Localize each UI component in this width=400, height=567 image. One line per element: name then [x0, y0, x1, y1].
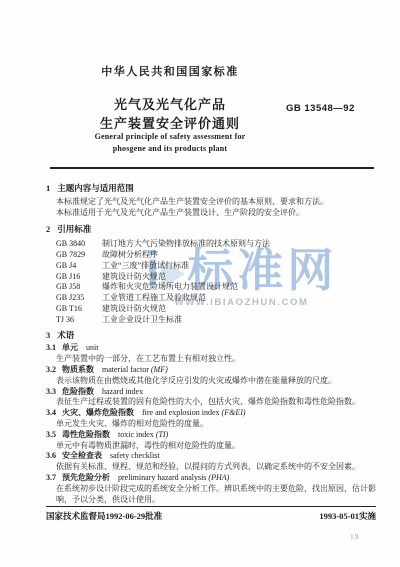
term-heading: 3.6安全检查表safety checklist	[46, 451, 376, 462]
term-definition: 依据有关标准、规程、规范和经验，以提问的方式列表，以确定系统中的不安全因素。	[46, 462, 376, 473]
section1-paragraph: 本标准规定了光气及光气化产品生产装置安全评价的基本原则、要求和方法。	[46, 197, 376, 208]
reference-code: GB T16	[56, 304, 102, 315]
term-zh: 危险指数	[62, 387, 94, 396]
term-en: fire and explosion index	[142, 408, 220, 417]
term-definition: 单元中有毒物质泄漏时，毒性的相对危险性的度量。	[46, 441, 376, 452]
term-number: 3.4	[46, 408, 56, 417]
reference-item: GB 7829故障树分析程序	[46, 250, 376, 261]
term-heading: 3.7预先危险分析preliminary hazard analysis(PHA…	[46, 473, 376, 484]
term-en: toxic index	[118, 430, 154, 439]
term-number: 3.6	[46, 451, 56, 460]
document-page: i 标准网 WWW.IBIAOZHUN.COM 中华人民共和国国家标准 光气及光…	[0, 0, 400, 567]
term-en: unit	[86, 343, 98, 352]
section2-number: 2	[46, 224, 50, 234]
term-zh: 火灾、爆炸危险指数	[62, 408, 134, 417]
term-heading: 3.3危险指数hazard index	[46, 387, 376, 398]
header-rule	[50, 167, 374, 169]
reference-item: GB J58爆炸和火灾危险场所电力装置设计规范	[46, 282, 376, 293]
term-definition: 表示该物质在由燃烧或其他化学反应引发的火灾或爆炸中潜在能量释放的尺度。	[46, 376, 376, 387]
section2-title: 引用标准	[57, 224, 91, 234]
reference-code: TJ 36	[56, 315, 102, 326]
section1-number: 1	[46, 183, 50, 193]
reference-item: TJ 36工业企业设计卫生标准	[46, 315, 376, 326]
reference-item: GB J4工业“三废”排放试行标准	[46, 261, 376, 272]
term-definition: 在系统初步设计阶段完成的系统安全分析工作。辨识系统中的主要危险，找出原因，估计影…	[46, 484, 376, 506]
term-abbr: (F&EI)	[222, 408, 246, 417]
footer: 国家技术监督局1992-06-29批准 1993-05-01实施	[46, 510, 376, 522]
implementation-note: 1993-05-01实施	[319, 510, 376, 522]
term-number: 3.1	[46, 343, 56, 352]
reference-code: GB J235	[56, 293, 102, 304]
term-definition: 生产装置中的一部分，在工艺布置上有相对独立性。	[46, 354, 376, 365]
term-heading: 3.4火灾、爆炸危险指数fire and explosion index(F&E…	[46, 408, 376, 419]
term-abbr: (TI)	[156, 430, 168, 439]
reference-title: 建筑设计防火规范	[102, 272, 166, 281]
term-en: preliminary hazard analysis	[118, 473, 206, 482]
term-abbr: (MF)	[151, 365, 168, 374]
reference-title: 建筑设计防火规范	[102, 304, 166, 313]
term-en: material factor	[102, 365, 149, 374]
reference-item: GB J235工业管道工程施工及验收规范	[46, 293, 376, 304]
standard-label: 中华人民共和国国家标准	[40, 63, 300, 79]
section3-number: 3	[46, 330, 50, 340]
term-zh: 预先危险分析	[62, 473, 110, 482]
term-zh: 单元	[62, 343, 78, 352]
approval-note: 国家技术监督局1992-06-29批准	[46, 510, 162, 522]
reference-title: 工业企业设计卫生标准	[102, 315, 182, 324]
footer-rule	[46, 506, 376, 507]
term-abbr: (PHA)	[208, 473, 229, 482]
reference-code: GB 7829	[56, 250, 102, 261]
term-heading: 3.5毒性危险指数toxic index(TI)	[46, 430, 376, 441]
term-zh: 安全检查表	[62, 451, 102, 460]
reference-title: 工业管道工程施工及验收规范	[102, 293, 206, 302]
term-en: hazard index	[102, 387, 143, 396]
reference-title: 工业“三废”排放试行标准	[102, 261, 189, 270]
term-zh: 毒性危险指数	[62, 430, 110, 439]
term-number: 3.2	[46, 365, 56, 374]
term-definition: 单元发生火灾、爆炸的相对危险性的度量。	[46, 419, 376, 430]
term-heading: 3.1单元unit	[46, 343, 376, 354]
title-line1: 光气及光气化产品	[40, 94, 300, 113]
reference-title: 故障树分析程序	[102, 250, 158, 259]
standard-number: GB 13548—92	[286, 103, 355, 114]
term-zh: 物质系数	[62, 365, 94, 374]
title-english-line2: phosgene and its products plant	[40, 144, 300, 153]
reference-title: 爆炸和火灾危险场所电力装置设计规范	[102, 282, 238, 291]
reference-title: 制订地方大气污染物排放标准的技术原则与方法	[102, 239, 270, 248]
section1-paragraph: 本标准适用于光气及光气化产品生产装置设计、生产阶段的安全评价。	[46, 208, 376, 219]
section1-title: 主题内容与适用范围	[57, 183, 134, 193]
reference-item: GB 3840制订地方大气污染物排放标准的技术原则与方法	[46, 239, 376, 250]
section3-title: 术语	[57, 330, 74, 340]
term-en: safety checklist	[110, 451, 160, 460]
term-number: 3.5	[46, 430, 56, 439]
section2-heading: 2引用标准	[46, 224, 376, 235]
reference-code: GB J4	[56, 261, 102, 272]
reference-item: GB J16建筑设计防火规范	[46, 272, 376, 283]
section3-heading: 3术语	[46, 330, 376, 341]
reference-code: GB 3840	[56, 239, 102, 250]
term-number: 3.3	[46, 387, 56, 396]
term-heading: 3.2物质系数material factor(MF)	[46, 365, 376, 376]
reference-item: GB T16建筑设计防火规范	[46, 304, 376, 315]
document-body: 1主题内容与适用范围 本标准规定了光气及光气化产品生产装置安全评价的基本原则、要…	[46, 183, 376, 505]
term-number: 3.7	[46, 473, 56, 482]
section1-heading: 1主题内容与适用范围	[46, 183, 376, 194]
page-number: 19	[350, 532, 360, 541]
title-line2: 生产装置安全评价通则	[40, 113, 300, 132]
reference-code: GB J16	[56, 272, 102, 283]
term-definition: 表征生产过程或装置的固有危险性的大小，包括火灾、爆炸危险指数和毒性危险指数。	[46, 397, 376, 408]
title-english-line1: General principle of safety assessment f…	[40, 132, 300, 141]
reference-code: GB J58	[56, 282, 102, 293]
